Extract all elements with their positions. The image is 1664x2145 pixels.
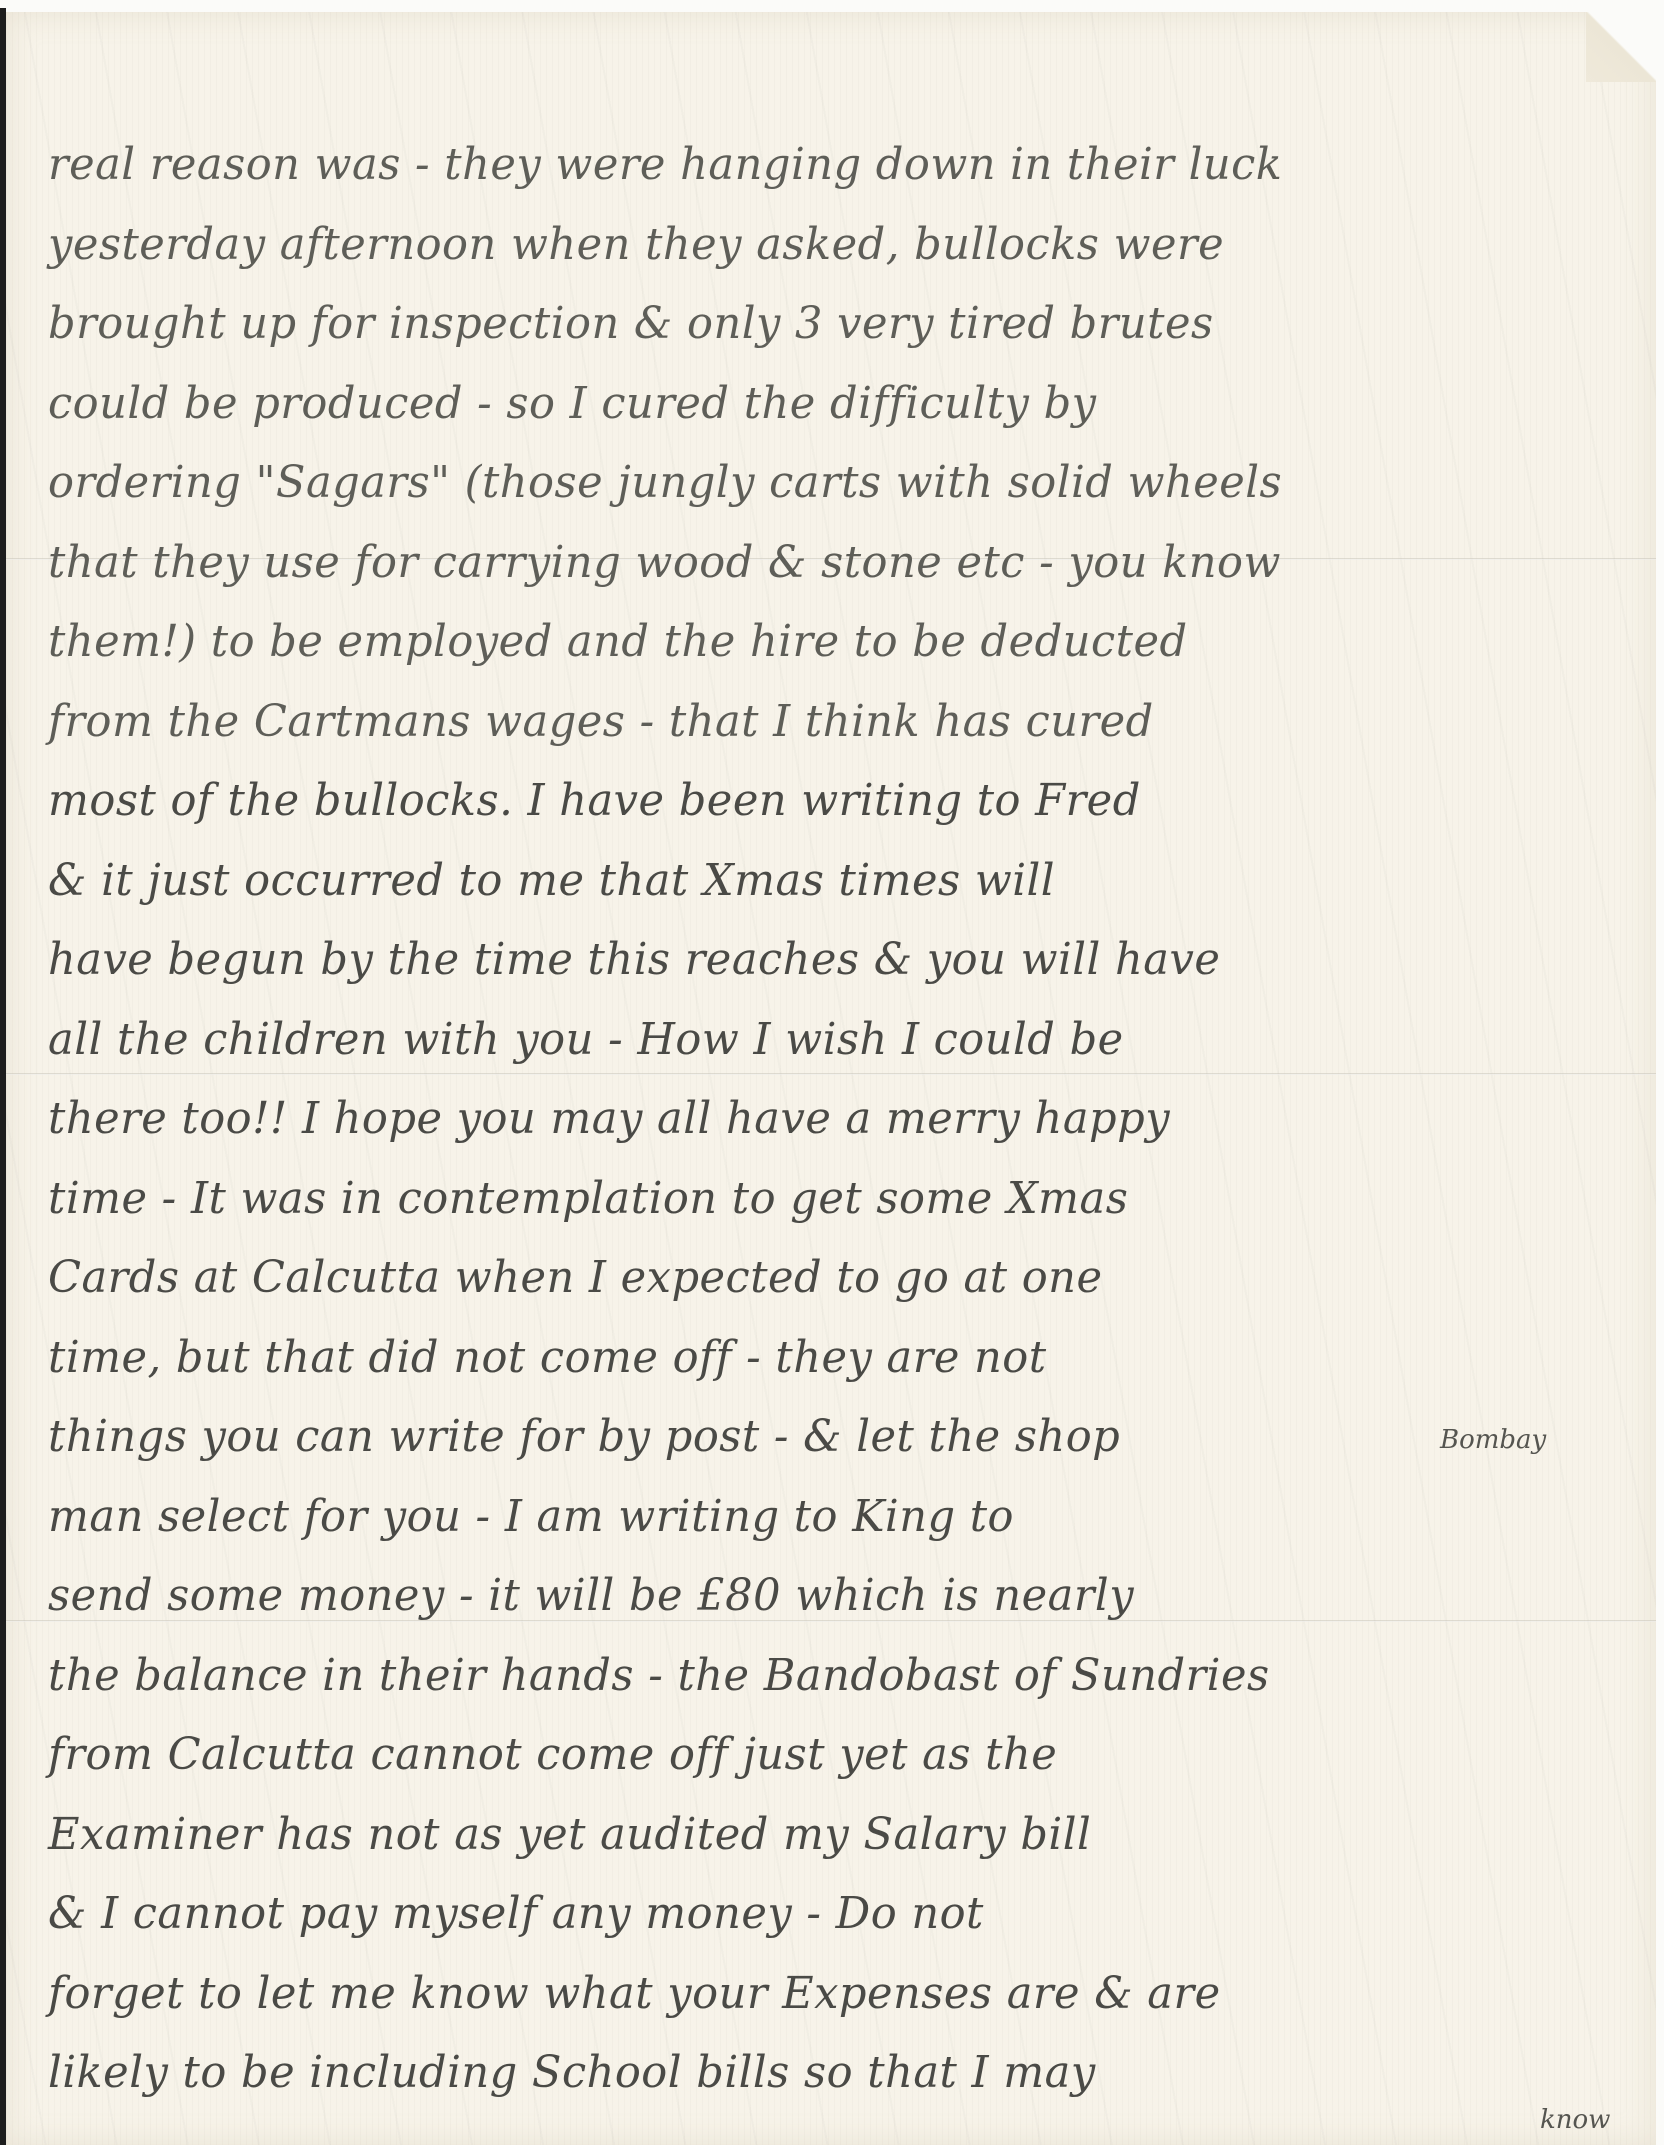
letter-line: yesterday afternoon when they asked, bul… [48,205,1596,285]
letter-line: man select for you - I am writing to Kin… [48,1477,1596,1557]
letter-body: real reason was - they were hanging down… [48,125,1628,2113]
letter-line: time, but that did not come off - they a… [48,1318,1596,1398]
letter-line: there too!! I hope you may all have a me… [48,1079,1596,1159]
catchword-know: know [1540,2105,1610,2135]
letter-line: all the children with you - How I wish I… [48,1000,1596,1080]
letter-line: things you can write for by post - & let… [48,1397,1596,1477]
letter-line: ordering "Sagars" (those jungly carts wi… [48,443,1596,523]
letter-line: have begun by the time this reaches & yo… [48,920,1596,1000]
letter-line: from the Cartmans wages - that I think h… [48,682,1596,762]
letter-line: Cards at Calcutta when I expected to go … [48,1238,1596,1318]
letter-line: could be produced - so I cured the diffi… [48,364,1596,444]
letter-line: most of the bullocks. I have been writin… [48,761,1596,841]
letter-line: & it just occurred to me that Xmas times… [48,841,1596,921]
letter-line: forget to let me know what your Expenses… [48,1954,1596,2034]
letter-line: real reason was - they were hanging down… [48,125,1596,205]
interlinear-note-bombay: Bombay [1440,1425,1546,1455]
letter-line: the balance in their hands - the Bandoba… [48,1636,1596,1716]
letter-line: & I cannot pay myself any money - Do not [48,1874,1596,1954]
letter-line: likely to be including School bills so t… [48,2033,1596,2113]
letter-line: from Calcutta cannot come off just yet a… [48,1715,1596,1795]
letter-line: send some money - it will be £80 which i… [48,1556,1596,1636]
letter-line: Examiner has not as yet audited my Salar… [48,1795,1596,1875]
letter-line: brought up for inspection & only 3 very … [48,284,1596,364]
corner-fold [1586,12,1656,82]
letter-line: time - It was in contemplation to get so… [48,1159,1596,1239]
letter-line: them!) to be employed and the hire to be… [48,602,1596,682]
letter-line: that they use for carrying wood & stone … [48,523,1596,603]
